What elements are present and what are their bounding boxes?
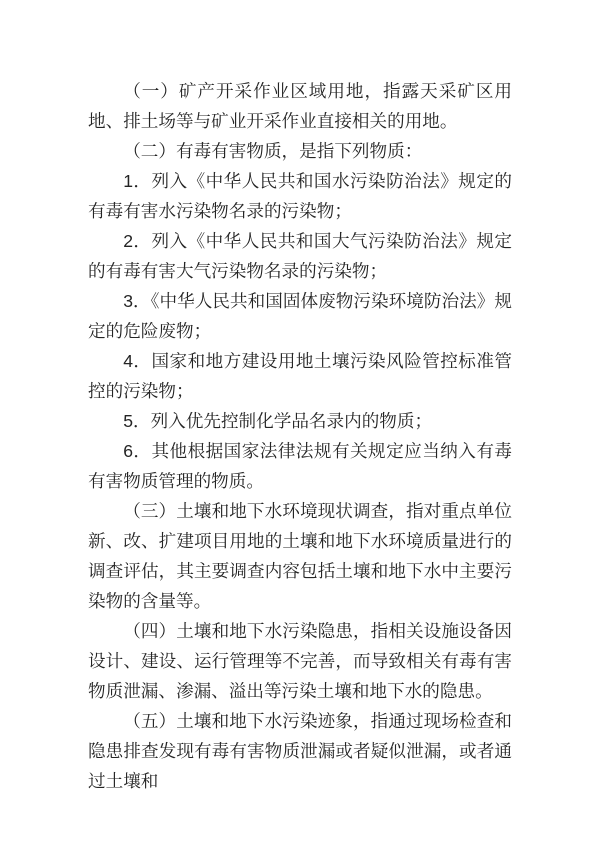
- paragraph: （二）有毒有害物质，是指下列物质：: [88, 136, 512, 166]
- paragraph: 5．列入优先控制化学品名录内的物质；: [88, 406, 512, 436]
- paragraph: （五）土壤和地下水污染迹象，指通过现场检查和隐患排查发现有毒有害物质泄漏或者疑似…: [88, 706, 512, 796]
- paragraph: （一）矿产开采作业区域用地，指露天采矿区用地、排土场等与矿业开采作业直接相关的用…: [88, 76, 512, 136]
- paragraph: 6．其他根据国家法律法规有关规定应当纳入有毒有害物质管理的物质。: [88, 436, 512, 496]
- document-text: （一）矿产开采作业区域用地，指露天采矿区用地、排土场等与矿业开采作业直接相关的用…: [88, 76, 512, 796]
- paragraph: 2．列入《中华人民共和国大气污染防治法》规定的有毒有害大气污染物名录的污染物；: [88, 226, 512, 286]
- paragraph: 3．《中华人民共和国固体废物污染环境防治法》规定的危险废物；: [88, 286, 512, 346]
- paragraph: （四）土壤和地下水污染隐患，指相关设施设备因设计、建设、运行管理等不完善，而导致…: [88, 616, 512, 706]
- document-page: （一）矿产开采作业区域用地，指露天采矿区用地、排土场等与矿业开采作业直接相关的用…: [0, 0, 600, 848]
- paragraph: 4．国家和地方建设用地土壤污染风险管控标准管控的污染物；: [88, 346, 512, 406]
- paragraph: （三）土壤和地下水环境现状调查，指对重点单位新、改、扩建项目用地的土壤和地下水环…: [88, 496, 512, 616]
- paragraph: 1．列入《中华人民共和国水污染防治法》规定的有毒有害水污染物名录的污染物；: [88, 166, 512, 226]
